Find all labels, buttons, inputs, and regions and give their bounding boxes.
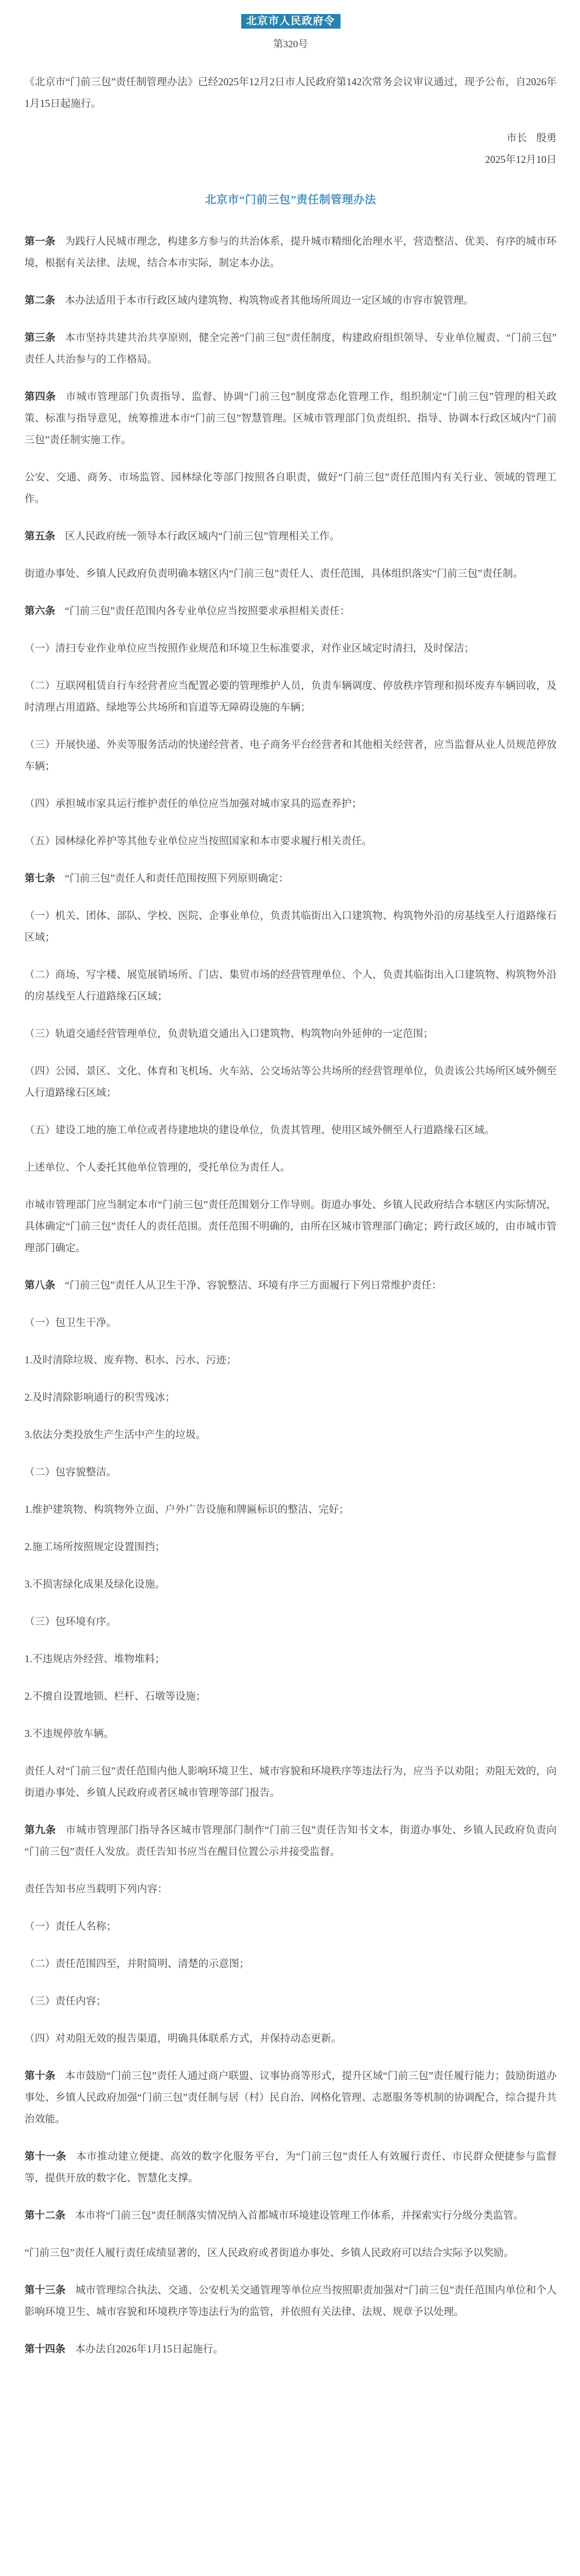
article-paragraph: 责任人对“门前三包”责任范围内他人影响环境卫生、城市容貌和环境秩序等违法行为，应… bbox=[25, 1760, 557, 1804]
page-container: 北京市人民政府令 第320号 《北京市“门前三包”责任制管理办法》已经2025年… bbox=[0, 0, 580, 2383]
article-text: 1.不违规店外经营、堆物堆料； bbox=[25, 1653, 165, 1665]
article-text: 为践行人民城市理念，构建多方参与的共治体系，提升城市精细化治理水平，营造整洁、优… bbox=[25, 235, 557, 269]
article-label: 第五条 bbox=[25, 530, 55, 542]
article-label: 第三条 bbox=[25, 332, 55, 343]
article-paragraph: （五）园林绿化养护等其他专业单位应当按照国家和本市要求履行相关责任。 bbox=[25, 830, 557, 852]
article-paragraph: （三）开展快递、外卖等服务活动的快递经营者、电子商务平台经营者和其他相关经营者，… bbox=[25, 734, 557, 777]
order-number: 第320号 bbox=[25, 33, 557, 55]
article-text: （二）互联网租赁自行车经营者应当配置必要的管理维护人员，负责车辆调度、停放秩序管… bbox=[25, 680, 557, 713]
article-text: 1.及时清除垃圾、废弃物、积水、污水、污迹； bbox=[25, 1354, 237, 1366]
article-label: 第二条 bbox=[25, 294, 55, 306]
article-paragraph: （一）包卫生干净。 bbox=[25, 1312, 557, 1334]
article-text: 责任告知书应当载明下列内容： bbox=[25, 1883, 168, 1895]
article-paragraph: 第一条为践行人民城市理念，构建多方参与的共治体系，提升城市精细化治理水平，营造整… bbox=[25, 231, 557, 274]
article-text: 本市鼓励“门前三包”责任人通过商户联盟、议事协商等形式，提升区域“门前三包”责任… bbox=[25, 2070, 557, 2125]
article-text: （四）对劝阻无效的报告渠道，明确具体联系方式，并保持动态更新。 bbox=[25, 2032, 342, 2044]
article-paragraph: 第十条本市鼓励“门前三包”责任人通过商户联盟、议事协商等形式，提升区域“门前三包… bbox=[25, 2065, 557, 2130]
article-text: 市城市管理部门负责指导、监督、协调“门前三包”制度常态化管理工作，组织制定“门前… bbox=[25, 391, 557, 445]
article-text: （五）园林绿化养护等其他专业单位应当按照国家和本市要求履行相关责任。 bbox=[25, 835, 372, 847]
article-paragraph: 1.及时清除垃圾、废弃物、积水、污水、污迹； bbox=[25, 1349, 557, 1371]
article-paragraph: 第十四条本办法自2026年1月15日起施行。 bbox=[25, 2338, 557, 2360]
article-paragraph: （二）包容貌整洁。 bbox=[25, 1461, 557, 1483]
article-paragraph: 第八条“门前三包”责任人从卫生干净、容貌整洁、环境有序三方面履行下列日常维护责任… bbox=[25, 1275, 557, 1296]
article-paragraph: （四）承担城市家具运行维护责任的单位应当加强对城市家具的巡查养护； bbox=[25, 793, 557, 814]
article-text: 2.施工场所按照规定设置围挡； bbox=[25, 1541, 165, 1552]
article-text: （一）机关、团体、部队、学校、医院、企事业单位，负责其临街出入口建筑物、构筑物外… bbox=[25, 910, 557, 943]
article-text: “门前三包”责任人履行责任成绩显著的，区人民政府或者街道办事处、乡镇人民政府可以… bbox=[25, 2247, 514, 2258]
signer-name: 殷勇 bbox=[536, 132, 557, 144]
article-text: 2.及时清除影响通行的积雪残冰； bbox=[25, 1391, 175, 1403]
article-text: “门前三包”责任人从卫生干净、容貌整洁、环境有序三方面履行下列日常维护责任： bbox=[65, 1279, 442, 1291]
article-paragraph: （四）对劝阻无效的报告渠道，明确具体联系方式，并保持动态更新。 bbox=[25, 2028, 557, 2049]
article-paragraph: 3.依法分类投放生产生活中产生的垃圾。 bbox=[25, 1424, 557, 1446]
article-text: （一）责任人名称； bbox=[25, 1920, 117, 1932]
article-text: 本市坚持共建共治共享原则，健全完善“门前三包”责任制度，构建政府组织领导、专业单… bbox=[25, 332, 557, 365]
article-text: “门前三包”责任人和责任范围按照下列原则确定： bbox=[65, 872, 289, 884]
article-label: 第十二条 bbox=[25, 2209, 65, 2221]
article-paragraph: 第十一条本市推动建立便捷、高效的数字化服务平台，为“门前三包”责任人有效履行责任… bbox=[25, 2146, 557, 2189]
article-paragraph: （二）责任范围四至，并附简明、清楚的示意图； bbox=[25, 1953, 557, 1975]
document-title: 北京市“门前三包”责任制管理办法 bbox=[25, 189, 557, 211]
order-title-row: 北京市人民政府令 bbox=[25, 0, 557, 29]
article-paragraph: 第二条本办法适用于本市行政区域内建筑物、构筑物或者其他场所周边一定区域的市容市貌… bbox=[25, 290, 557, 311]
article-label: 第十四条 bbox=[25, 2343, 65, 2355]
article-paragraph: 上述单位、个人委托其他单位管理的，受托单位为责任人。 bbox=[25, 1157, 557, 1178]
article-paragraph: 第九条市城市管理部门指导各区城市管理部门制作“门前三包”责任告知书文本，街道办事… bbox=[25, 1819, 557, 1863]
article-text: 本办法自2026年1月15日起施行。 bbox=[75, 2343, 224, 2355]
article-label: 第十三条 bbox=[25, 2284, 65, 2296]
article-text: 公安、交通、商务、市场监管、园林绿化等部门按照各自职责，做好“门前三包”责任范围… bbox=[25, 471, 557, 504]
article-text: （三）责任内容； bbox=[25, 1995, 106, 2007]
article-paragraph: “门前三包”责任人履行责任成绩显著的，区人民政府或者街道办事处、乡镇人民政府可以… bbox=[25, 2242, 557, 2264]
article-text: 市城市管理部门应当制定本市“门前三包”责任范围划分工作导则。街道办事处、乡镇人民… bbox=[25, 1199, 557, 1254]
article-paragraph: （二）商场、写字楼、展览展销场所、门店、集贸市场的经营管理单位、个人，负责其临街… bbox=[25, 964, 557, 1007]
order-header: 北京市人民政府令 第320号 《北京市“门前三包”责任制管理办法》已经2025年… bbox=[25, 0, 557, 170]
article-paragraph: （三）责任内容； bbox=[25, 1990, 557, 2012]
promulgation-paragraph: 《北京市“门前三包”责任制管理办法》已经2025年12月2日市人民政府第142次… bbox=[25, 71, 557, 114]
article-text: （五）建设工地的施工单位或者待建地块的建设单位，负责其管理、使用区域外侧至人行道… bbox=[25, 1124, 495, 1136]
document-page: { "colors": { "header_bar_bg": "#2583ae"… bbox=[0, 0, 580, 2576]
gov-order-title: 北京市人民政府令 bbox=[241, 14, 341, 29]
article-text: （三）轨道交通经营管理单位，负责轨道交通出入口建筑物、构筑物向外延伸的一定范围； bbox=[25, 1028, 433, 1039]
article-text: （一）清扫专业作业单位应当按照作业规范和环境卫生标准要求，对作业区域定时清扫，及… bbox=[25, 642, 474, 654]
article-paragraph: 2.不擅自设置地锁、栏杆、石墩等设施； bbox=[25, 1686, 557, 1707]
article-text: 3.不损害绿化成果及绿化设施。 bbox=[25, 1578, 165, 1590]
article-label: 第四条 bbox=[25, 391, 56, 402]
article-paragraph: 1.不违规店外经营、堆物堆料； bbox=[25, 1648, 557, 1670]
article-paragraph: 公安、交通、商务、市场监管、园林绿化等部门按照各自职责，做好“门前三包”责任范围… bbox=[25, 467, 557, 510]
article-text: 市城市管理部门指导各区城市管理部门制作“门前三包”责任告知书文本，街道办事处、乡… bbox=[25, 1824, 557, 1857]
article-label: 第九条 bbox=[25, 1824, 56, 1836]
article-paragraph: 第四条市城市管理部门负责指导、监督、协调“门前三包”制度常态化管理工作，组织制定… bbox=[25, 386, 557, 451]
article-paragraph: （一）清扫专业作业单位应当按照作业规范和环境卫生标准要求，对作业区域定时清扫，及… bbox=[25, 638, 557, 659]
article-paragraph: 第三条本市坚持共建共治共享原则，健全完善“门前三包”责任制度，构建政府组织领导、… bbox=[25, 327, 557, 370]
article-label: 第一条 bbox=[25, 235, 55, 247]
article-text: “门前三包”责任范围内各专业单位应当按照要求承担相关责任： bbox=[65, 605, 350, 617]
article-label: 第八条 bbox=[25, 1279, 55, 1291]
article-text: （一）包卫生干净。 bbox=[25, 1317, 117, 1328]
article-text: （二）责任范围四至，并附简明、清楚的示意图； bbox=[25, 1958, 249, 1969]
article-label: 第七条 bbox=[25, 872, 55, 884]
article-paragraph: 第十三条城市管理综合执法、交通、公安机关交通管理等单位应当按照职责加强对“门前三… bbox=[25, 2279, 557, 2323]
article-paragraph: （三）轨道交通经营管理单位，负责轨道交通出入口建筑物、构筑物向外延伸的一定范围； bbox=[25, 1023, 557, 1045]
article-paragraph: 第六条“门前三包”责任范围内各专业单位应当按照要求承担相关责任： bbox=[25, 600, 557, 622]
article-text: 本办法适用于本市行政区域内建筑物、构筑物或者其他场所周边一定区域的市容市貌管理。 bbox=[65, 294, 474, 306]
article-text: 城市管理综合执法、交通、公安机关交通管理等单位应当按照职责加强对“门前三包”责任… bbox=[25, 2284, 557, 2317]
article-text: （三）包环境有序。 bbox=[25, 1616, 117, 1627]
article-paragraph: 街道办事处、乡镇人民政府负责明确本辖区内“门前三包”责任人、责任范围，具体组织落… bbox=[25, 563, 557, 584]
article-paragraph: 第五条区人民政府统一领导本行政区域内“门前三包”管理相关工作。 bbox=[25, 525, 557, 547]
article-label: 第六条 bbox=[25, 605, 55, 617]
article-label: 第十一条 bbox=[25, 2150, 67, 2162]
article-text: 区人民政府统一领导本行政区域内“门前三包”管理相关工作。 bbox=[65, 530, 340, 542]
article-text: 3.不违规停放车辆。 bbox=[25, 1728, 114, 1739]
article-paragraph: 2.及时清除影响通行的积雪残冰； bbox=[25, 1387, 557, 1408]
signer-title: 市长 bbox=[506, 132, 527, 144]
article-paragraph: （三）包环境有序。 bbox=[25, 1611, 557, 1632]
article-text: 上述单位、个人委托其他单位管理的，受托单位为责任人。 bbox=[25, 1161, 290, 1173]
article-paragraph: （五）建设工地的施工单位或者待建地块的建设单位，负责其管理、使用区域外侧至人行道… bbox=[25, 1119, 557, 1141]
article-paragraph: 3.不违规停放车辆。 bbox=[25, 1723, 557, 1745]
article-text: 3.依法分类投放生产生活中产生的垃圾。 bbox=[25, 1429, 206, 1440]
article-paragraph: （四）公园、景区、文化、体育和飞机场、火车站、公交场站等公共场所的经营管理单位，… bbox=[25, 1060, 557, 1103]
promulgation-date: 2025年12月10日 bbox=[25, 149, 557, 170]
article-paragraph: （二）互联网租赁自行车经营者应当配置必要的管理维护人员，负责车辆调度、停放秩序管… bbox=[25, 675, 557, 718]
article-text: （二）包容貌整洁。 bbox=[25, 1466, 117, 1478]
article-paragraph: 责任告知书应当载明下列内容： bbox=[25, 1878, 557, 1900]
article-text: （二）商场、写字楼、展览展销场所、门店、集贸市场的经营管理单位、个人，负责其临街… bbox=[25, 969, 557, 1002]
article-paragraph: （一）机关、团体、部队、学校、医院、企事业单位，负责其临街出入口建筑物、构筑物外… bbox=[25, 905, 557, 948]
article-text: 本市将“门前三包”责任制落实情况纳入首都城市环境建设管理工作体系，并探索实行分级… bbox=[75, 2209, 524, 2221]
article-paragraph: 2.施工场所按照规定设置围挡； bbox=[25, 1536, 557, 1558]
article-paragraph: 1.维护建筑物、构筑物外立面、户外广告设施和牌匾标识的整洁、完好； bbox=[25, 1499, 557, 1520]
article-text: （四）承担城市家具运行维护责任的单位应当加强对城市家具的巡查养护； bbox=[25, 798, 362, 809]
article-text: 街道办事处、乡镇人民政府负责明确本辖区内“门前三包”责任人、责任范围，具体组织落… bbox=[25, 568, 523, 579]
article-text: 本市推动建立便捷、高效的数字化服务平台，为“门前三包”责任人有效履行责任、市民群… bbox=[25, 2150, 557, 2184]
signer-line: 市长殷勇 bbox=[25, 127, 557, 149]
article-paragraph: 3.不损害绿化成果及绿化设施。 bbox=[25, 1574, 557, 1595]
signature-block: 市长殷勇 2025年12月10日 bbox=[25, 127, 557, 170]
article-paragraph: 市城市管理部门应当制定本市“门前三包”责任范围划分工作导则。街道办事处、乡镇人民… bbox=[25, 1194, 557, 1259]
article-text: 责任人对“门前三包”责任范围内他人影响环境卫生、城市容貌和环境秩序等违法行为，应… bbox=[25, 1765, 557, 1798]
article-paragraph: 第七条“门前三包”责任人和责任范围按照下列原则确定： bbox=[25, 868, 557, 889]
article-text: 2.不擅自设置地锁、栏杆、石墩等设施； bbox=[25, 1690, 206, 1702]
article-text: （三）开展快递、外卖等服务活动的快递经营者、电子商务平台经营者和其他相关经营者，… bbox=[25, 739, 557, 772]
article-paragraph: （一）责任人名称； bbox=[25, 1916, 557, 1937]
article-paragraph: 第十二条本市将“门前三包”责任制落实情况纳入首都城市环境建设管理工作体系，并探索… bbox=[25, 2205, 557, 2226]
articles-container: 第一条为践行人民城市理念，构建多方参与的共治体系，提升城市精细化治理水平，营造整… bbox=[25, 231, 557, 2360]
article-label: 第十条 bbox=[25, 2070, 55, 2081]
article-text: 1.维护建筑物、构筑物外立面、户外广告设施和牌匾标识的整洁、完好； bbox=[25, 1503, 349, 1515]
article-text: （四）公园、景区、文化、体育和飞机场、火车站、公交场站等公共场所的经营管理单位，… bbox=[25, 1065, 557, 1098]
